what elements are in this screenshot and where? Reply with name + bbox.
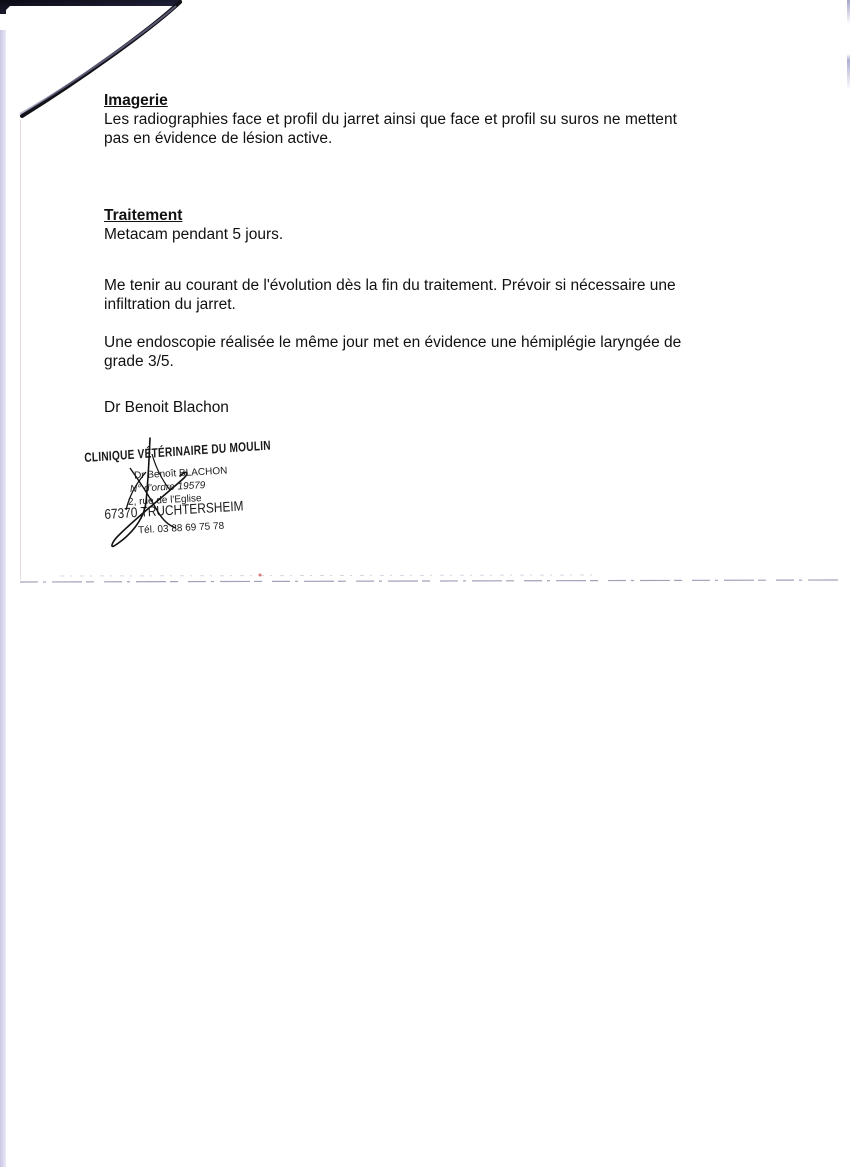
paragraph-follow-up: Me tenir au courant de l'évolution dès l… bbox=[104, 276, 676, 314]
scan-fold-line bbox=[0, 570, 850, 590]
section-heading: Traitement bbox=[104, 206, 283, 225]
scan-left-edge bbox=[0, 30, 6, 1167]
text-line: grade 3/5. bbox=[104, 352, 681, 371]
text-line: Une endoscopie réalisée le même jour met… bbox=[104, 333, 681, 352]
signatory-name: Dr Benoit Blachon bbox=[104, 398, 229, 417]
handwritten-signature bbox=[100, 432, 210, 552]
scan-left-line bbox=[20, 120, 21, 580]
text-line: Les radiographies face et profil du jarr… bbox=[104, 110, 677, 129]
section-imagerie: Imagerie Les radiographies face et profi… bbox=[104, 91, 677, 148]
paragraph-endoscopy: Une endoscopie réalisée le même jour met… bbox=[104, 333, 681, 371]
section-traitement: Traitement Metacam pendant 5 jours. bbox=[104, 206, 283, 244]
text-line: Metacam pendant 5 jours. bbox=[104, 225, 283, 244]
text-line: infiltration du jarret. bbox=[104, 295, 676, 314]
section-heading: Imagerie bbox=[104, 91, 677, 110]
text-line: pas en évidence de lésion active. bbox=[104, 129, 677, 148]
text-line: Me tenir au courant de l'évolution dès l… bbox=[104, 276, 676, 295]
